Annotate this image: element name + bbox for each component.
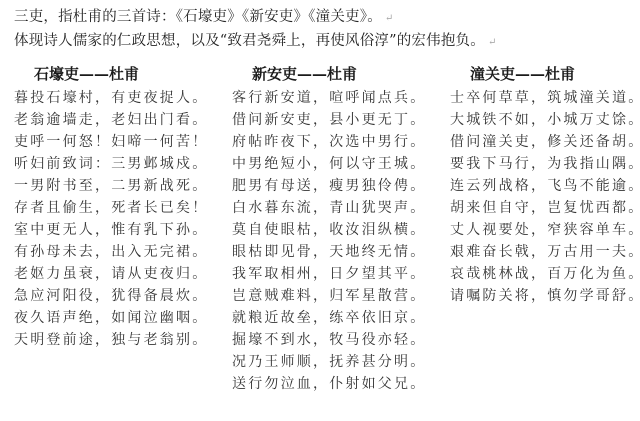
intro-text-2: 体现诗人儒家的仁政思想，以及“致君尧舜上，再使风俗淳”的宏伟抱负。 [14,33,485,49]
poem-line: 中男绝短小，何以守王城。 [232,153,432,175]
poem-line: 岂意贼难料，归军星散营。 [232,285,432,307]
poem-line: 客行新安道，喧呼闻点兵。 [232,87,432,109]
poem-line: 掘壕不到水，牧马役亦轻。 [232,329,432,351]
poem-line: 白水暮东流，青山犹哭声。 [232,197,432,219]
poem-line: 哀哉桃林战，百万化为鱼。 [450,263,640,285]
poem-line: 我军取相州，日夕望其平。 [232,263,432,285]
intro-text-1: 三吏，指杜甫的三首诗：《石壕吏》《新安吏》《潼关吏》。 [14,9,382,25]
intro-line-2: 体现诗人儒家的仁政思想，以及“致君尧舜上，再使风俗淳”的宏伟抱负。↵ [14,32,497,52]
poem-line: 府帖昨夜下，次选中男行。 [232,131,432,153]
poem-line: 暮投石壕村，有吏夜捉人。 [14,87,214,109]
poem-title: 潼关吏——杜甫 [470,64,640,84]
poem-line: 莫自使眼枯，收汝泪纵横。 [232,219,432,241]
poem-line: 况乃王师顺，抚养甚分明。 [232,351,432,373]
poem-lines: 暮投石壕村，有吏夜捉人。 老翁逾墙走，老妇出门看。 吏呼一何怒！妇啼一何苦！ 听… [14,87,214,351]
poem-line: 存者且偷生，死者长已矣！ [14,197,214,219]
poem-line: 要我下马行，为我指山隅。 [450,153,640,175]
poem-line: 胡来但自守，岂复忧西都。 [450,197,640,219]
poem-line: 室中更无人，惟有乳下孙。 [14,219,214,241]
poem-line: 听妇前致词：三男邺城戍。 [14,153,214,175]
poem-line: 请嘱防关将，慎勿学哥舒。 [450,285,640,307]
poem-line: 借问新安吏，县小更无丁。 [232,109,432,131]
paragraph-mark-icon: ↵ [385,13,394,24]
poem-line: 老妪力虽衰，请从吏夜归。 [14,263,214,285]
poem-title: 新安吏——杜甫 [252,64,432,84]
poem-line: 就粮近故垒，练卒依旧京。 [232,307,432,329]
poem-xinanli: 新安吏——杜甫 客行新安道，喧呼闻点兵。 借问新安吏，县小更无丁。 府帖昨夜下，… [232,64,432,395]
poem-line: 夜久语声绝，如闻泣幽咽。 [14,307,214,329]
poem-line: 艰难奋长戟，万古用一夫。 [450,241,640,263]
poem-line: 送行勿泣血，仆射如父兄。 [232,373,432,395]
poem-line: 吏呼一何怒！妇啼一何苦！ [14,131,214,153]
poem-line: 借问潼关吏，修关还备胡。 [450,131,640,153]
intro-line-1: 三吏，指杜甫的三首诗：《石壕吏》《新安吏》《潼关吏》。↵ [14,8,394,28]
poem-line: 大城铁不如，小城万丈馀。 [450,109,640,131]
poem-lines: 客行新安道，喧呼闻点兵。 借问新安吏，县小更无丁。 府帖昨夜下，次选中男行。 中… [232,87,432,395]
poem-line: 有孙母未去，出入无完裙。 [14,241,214,263]
poem-line: 天明登前途，独与老翁别。 [14,329,214,351]
poem-line: 急应河阳役，犹得备晨炊。 [14,285,214,307]
poem-line: 老翁逾墙走，老妇出门看。 [14,109,214,131]
poem-line: 连云列战格，飞鸟不能逾。 [450,175,640,197]
poem-line: 眼枯即见骨，天地终无情。 [232,241,432,263]
poem-line: 肥男有母送，瘦男独伶俜。 [232,175,432,197]
poem-line: 士卒何草草，筑城潼关道。 [450,87,640,109]
poem-lines: 士卒何草草，筑城潼关道。 大城铁不如，小城万丈馀。 借问潼关吏，修关还备胡。 要… [450,87,640,307]
poem-shihaoli: 石壕吏——杜甫 暮投石壕村，有吏夜捉人。 老翁逾墙走，老妇出门看。 吏呼一何怒！… [14,64,214,351]
poem-title: 石壕吏——杜甫 [34,64,214,84]
poem-line: 一男附书至，二男新战死。 [14,175,214,197]
poem-line: 丈人视要处，窄狭容单车。 [450,219,640,241]
poem-tongguanli: 潼关吏——杜甫 士卒何草草，筑城潼关道。 大城铁不如，小城万丈馀。 借问潼关吏，… [450,64,640,307]
paragraph-mark-icon: ↵ [488,37,497,48]
